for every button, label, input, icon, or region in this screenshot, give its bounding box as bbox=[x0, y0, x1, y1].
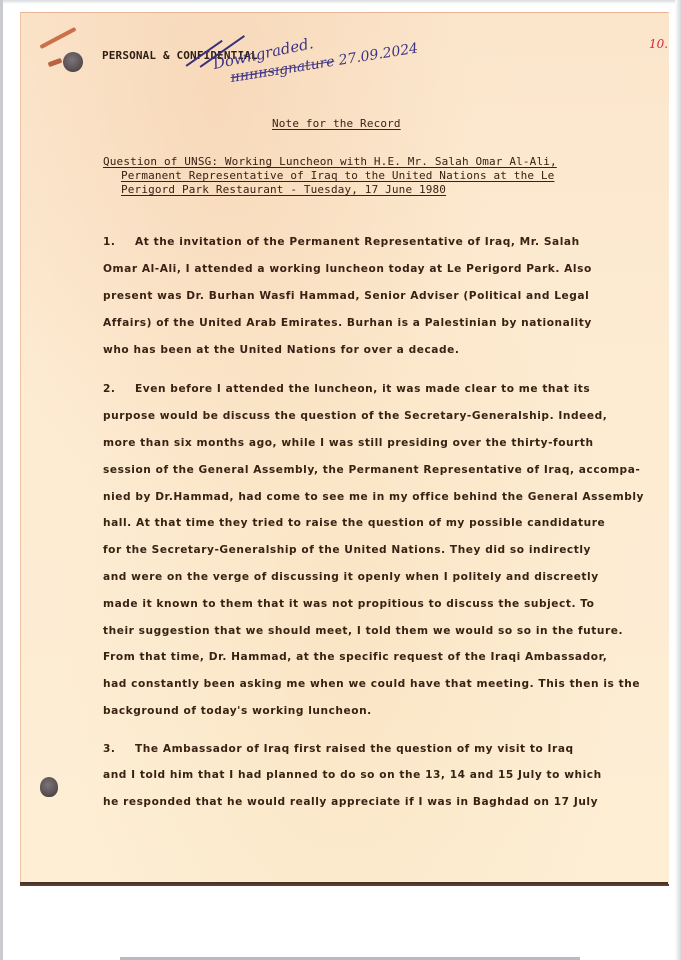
paragraph-line: more than six months ago, while I was st… bbox=[103, 437, 594, 449]
paragraph-line: he responded that he would really apprec… bbox=[103, 796, 598, 808]
paragraph-line: and were on the verge of discussing it o… bbox=[103, 571, 599, 583]
paragraph-line: 1.At the invitation of the Permanent Rep… bbox=[103, 236, 580, 248]
paragraph-line: Omar Al-Ali, I attended a working lunche… bbox=[103, 263, 592, 275]
paragraph-line: 3.The Ambassador of Iraq first raised th… bbox=[103, 743, 574, 755]
subject-line: Permanent Representative of Iraq to the … bbox=[121, 169, 554, 182]
paragraph-line: their suggestion that we should meet, I … bbox=[103, 625, 623, 637]
paragraph-line: made it known to them that it was not pr… bbox=[103, 598, 594, 610]
paragraph-text: The Ambassador of Iraq first raised the … bbox=[135, 743, 574, 755]
paragraph-line: who has been at the United Nations for o… bbox=[103, 344, 459, 356]
paragraph-line: for the Secretary-Generalship of the Uni… bbox=[103, 544, 591, 556]
punch-hole-icon bbox=[40, 777, 58, 797]
paragraph-line: purpose would be discuss the question of… bbox=[103, 410, 607, 422]
scanner-top-edge bbox=[0, 0, 681, 4]
paragraph-line: had constantly been asking me when we co… bbox=[103, 678, 640, 690]
subject-line: Perigord Park Restaurant - Tuesday, 17 J… bbox=[121, 183, 446, 196]
paragraph-line: nied by Dr.Hammad, had come to see me in… bbox=[103, 491, 644, 503]
page-number: 10. bbox=[649, 37, 668, 51]
paragraph-line: session of the General Assembly, the Per… bbox=[103, 464, 640, 476]
paragraph-line: present was Dr. Burhan Wasfi Hammad, Sen… bbox=[103, 290, 589, 302]
paragraph-number: 1. bbox=[103, 236, 135, 248]
document-title: Note for the Record bbox=[272, 117, 401, 130]
paragraph-line: and I told him that I had planned to do … bbox=[103, 769, 602, 781]
paragraph-number: 3. bbox=[103, 743, 135, 755]
punch-hole-icon bbox=[63, 52, 83, 72]
paragraph-line: hall. At that time they tried to raise t… bbox=[103, 517, 605, 529]
scanner-right-edge bbox=[675, 0, 681, 960]
paragraph-text: Even before I attended the luncheon, it … bbox=[135, 383, 590, 395]
paragraph-line: background of today's working luncheon. bbox=[103, 705, 372, 717]
subject-line: Question of UNSG: Working Luncheon with … bbox=[103, 155, 557, 168]
paragraph-line: 2.Even before I attended the luncheon, i… bbox=[103, 383, 590, 395]
page-bottom-edge bbox=[20, 882, 668, 884]
paragraph-text: At the invitation of the Permanent Repre… bbox=[135, 236, 580, 248]
scanner-left-edge bbox=[0, 0, 3, 960]
paragraph-number: 2. bbox=[103, 383, 135, 395]
paragraph-line: From that time, Dr. Hammad, at the speci… bbox=[103, 651, 607, 663]
paragraph-line: Affairs) of the United Arab Emirates. Bu… bbox=[103, 317, 592, 329]
